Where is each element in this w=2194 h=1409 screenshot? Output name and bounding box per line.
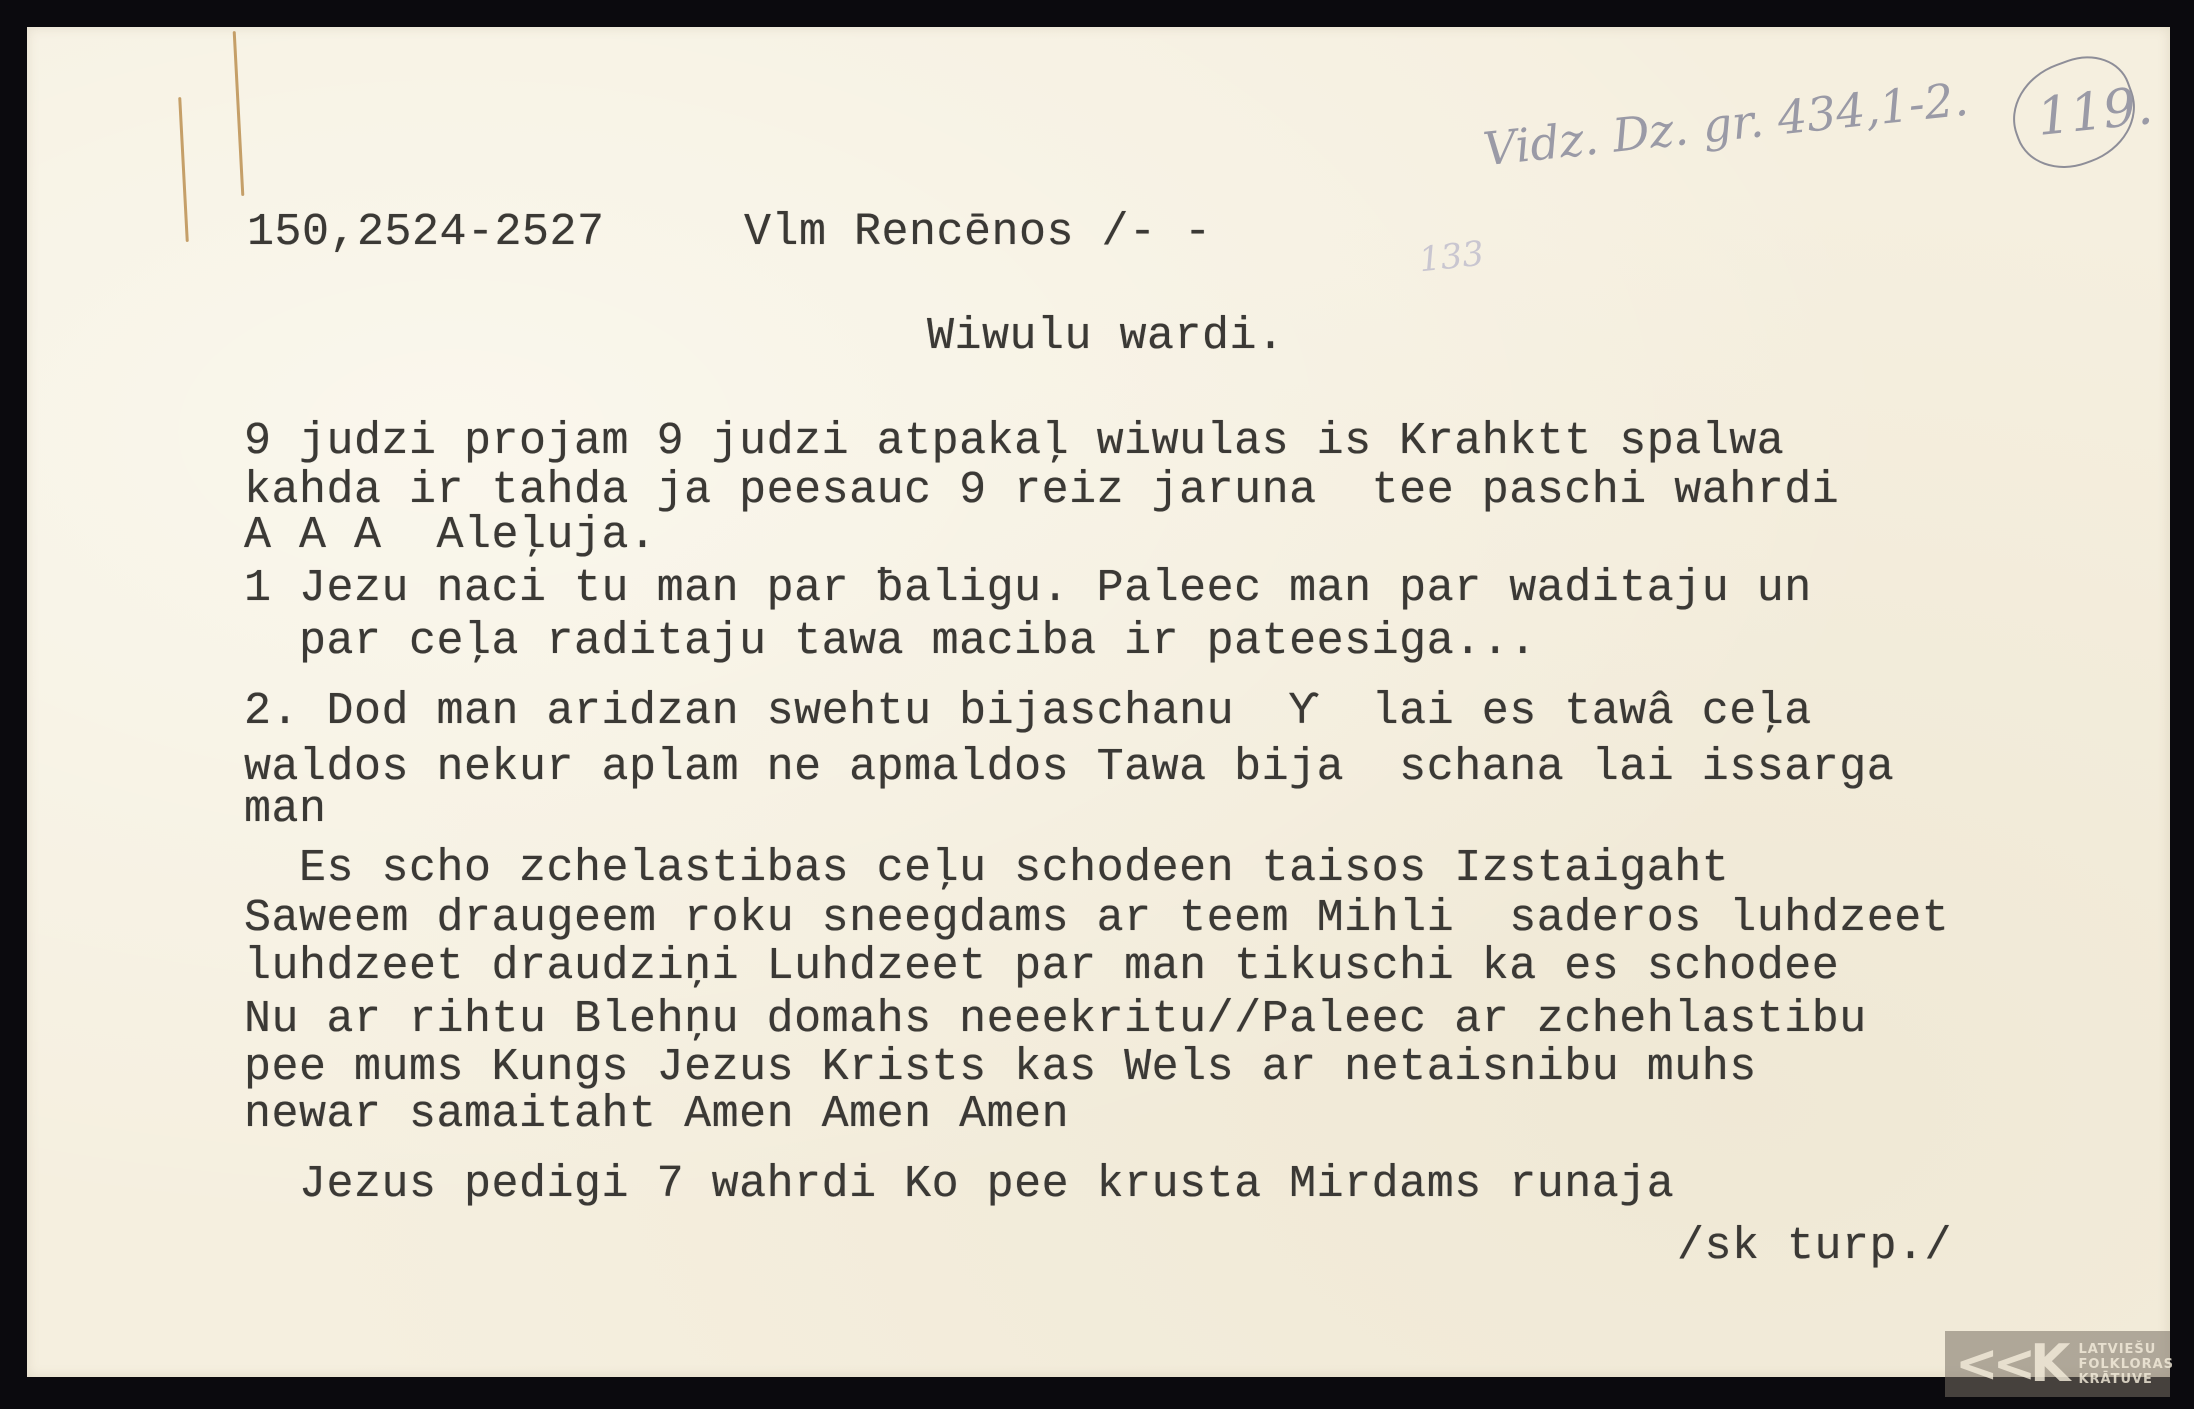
pencil-archive-annotation: Vidz. Dz. gr. 434,1-2. (1481, 72, 1971, 177)
text-line: Saweem draugeem roku sneegdams ar teem M… (244, 895, 1949, 942)
card-place: Vlm Rencēnos /- - (744, 209, 1212, 256)
continuation-note: /sk turp./ (1677, 1223, 1952, 1270)
text-line: A A A Aleļuja. (244, 512, 657, 559)
text-line: kahda ir tahda ja peesauc 9 reiz jaruna … (244, 467, 1839, 514)
text-line: waldos nekur aplam ne apmaldos Tawa bija… (244, 744, 1894, 791)
text-line: pee mums Kungs Jezus Krists kas Wels ar … (244, 1044, 1757, 1091)
watermark-line-3: KRĀTUVE (2078, 1372, 2174, 1387)
text-line: Nu ar rihtu Blehņu domahs neeekritu//Pal… (244, 996, 1867, 1043)
text-line: luhdzeet draudziņi Luhdzeet par man tiku… (244, 943, 1839, 990)
card-reference: 150,2524-2527 (247, 209, 605, 256)
text-line: Es scho zchelastibas ceļu schodeen taiso… (244, 845, 1729, 892)
text-line: newar samaitaht Amen Amen Amen (244, 1091, 1069, 1138)
text-line: par ceļa raditaju tawa maciba ir pateesi… (244, 618, 1537, 665)
text-line: man (244, 786, 327, 833)
lfk-logo-icon: <<K (1955, 1334, 2064, 1394)
pencil-faint-number: 133 (1417, 234, 1486, 281)
text-line: 2. Dod man aridzan swehtu bijaschanu ϒ l… (244, 688, 1812, 735)
folklore-archive-watermark: <<K LATVIEŠU FOLKLORAS KRĀTUVE (1945, 1331, 2170, 1397)
text-line: 9 judzi projam 9 judzi atpakaļ wiwulas i… (244, 418, 1784, 465)
paper-crease (178, 97, 189, 242)
pencil-page-number: 119. (2034, 76, 2155, 148)
card-title: Wiwulu wardi. (927, 313, 1285, 360)
archive-card: Vidz. Dz. gr. 434,1-2. 119. 133 150,2524… (27, 27, 2170, 1377)
watermark-line-2: FOLKLORAS (2078, 1357, 2174, 1372)
paper-crease (233, 31, 245, 196)
text-line: 1 Jezu naci tu man par ƀaligu. Paleec ma… (244, 565, 1812, 612)
watermark-line-1: LATVIEŠU (2078, 1342, 2174, 1357)
text-line: Jezus pedigi 7 wahrdi Ko pee krusta Mird… (244, 1161, 1674, 1208)
